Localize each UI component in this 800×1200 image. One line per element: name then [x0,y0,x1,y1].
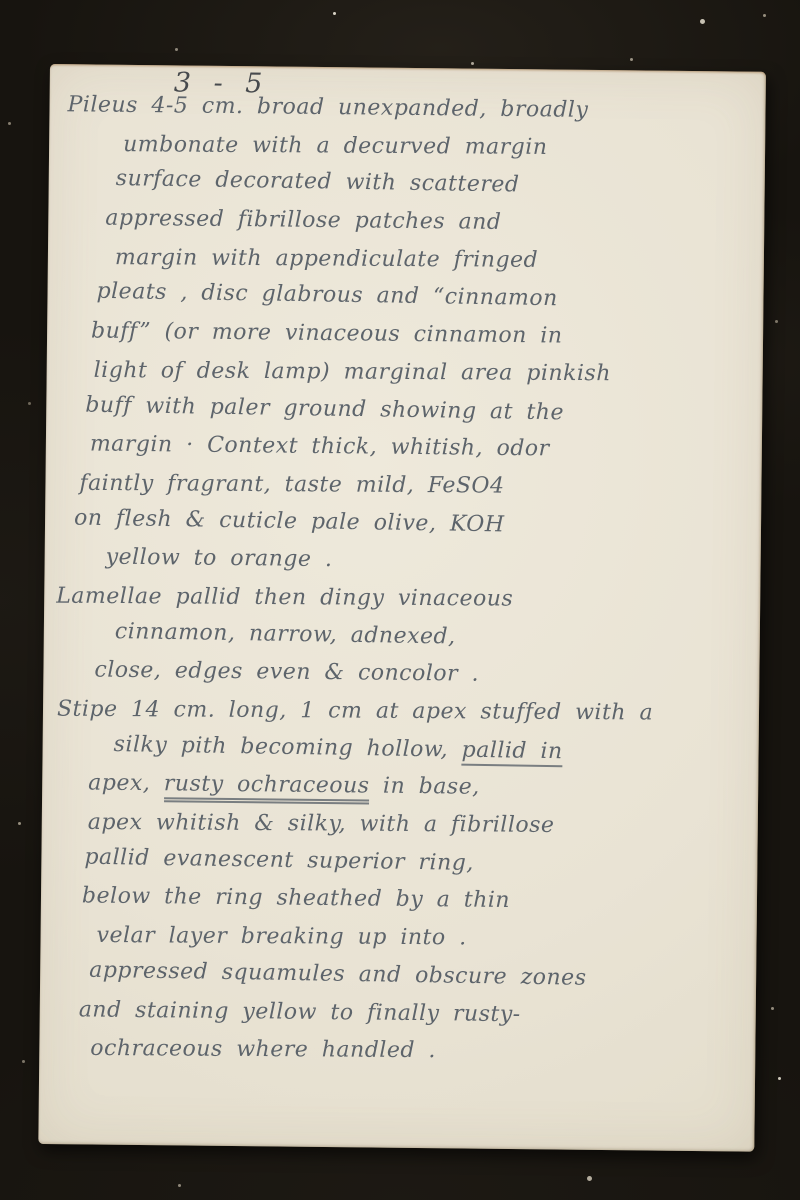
handwritten-text: Stipe 14 cm. long, 1 cm at apex stuffed … [57,697,653,726]
dust-specks [333,12,336,15]
handwritten-text: margin with appendiculate fringed [115,245,538,273]
handwritten-text: and staining yellow to finally rusty- [79,997,521,1027]
handwritten-text: buff” (or more vinaceous cinnamon in [91,319,563,349]
handwritten-text: cinnamon, narrow, adnexed, [115,619,456,649]
handwritten-text: apex, [88,771,164,797]
handwritten-text: faintly fragrant, taste mild, FeSO4 [79,471,504,499]
handwritten-text: pallid evanescent superior ring, [84,844,474,875]
handwritten-text: velar layer breaking up into . [96,923,466,950]
photo-of-index-card: { "photo": { "background_color": "#17140… [0,0,800,1200]
underlined-handwritten-text: pallid in [461,737,563,767]
handwritten-text: on flesh & cuticle pale olive, KOH [74,505,505,537]
note-card: 3 - 5 Pileus 4-5 cm. broad unexpanded, b… [38,64,766,1152]
handwritten-text: appressed fibrillose patches and [105,206,501,235]
handwritten-text: appressed squamules and obscure zones [89,958,587,991]
handwritten-text: below the ring sheathed by a thin [82,884,510,914]
handwritten-text: in base, [369,774,479,800]
handwritten-line: ochraceous where handled . [90,1030,747,1072]
handwritten-text: surface decorated with scattered [116,166,520,197]
handwritten-text: Lamellae pallid then dingy vinaceous [56,584,513,612]
handwritten-text: margin · Context thick, whitish, odor [90,432,550,462]
handwritten-text: light of desk lamp) marginal area pinkis… [94,358,611,386]
handwritten-text: apex whitish & silky, with a fibrillose [88,810,555,838]
handwritten-text: ochraceous where handled . [90,1036,436,1063]
handwritten-text: close, edges even & concolor . [94,658,479,687]
handwritten-text: pleats , disc glabrous and “cinnamon [96,279,558,311]
handwritten-text: buff with paler ground showing at the [85,392,564,425]
handwritten-text: Pileus 4-5 cm. broad unexpanded, broadly [67,92,588,123]
handwritten-text: silky pith becoming hollow, [113,732,461,763]
handwritten-text: yellow to orange . [106,545,333,572]
handwriting-lines: Pileus 4-5 cm. broad unexpanded, broadly… [51,86,758,1073]
handwritten-line: Pileus 4-5 cm. broad unexpanded, broadly [67,86,757,131]
handwritten-text: umbonate with a decurved margin [123,132,548,160]
underlined-handwritten-text: rusty ochraceous [164,772,370,805]
